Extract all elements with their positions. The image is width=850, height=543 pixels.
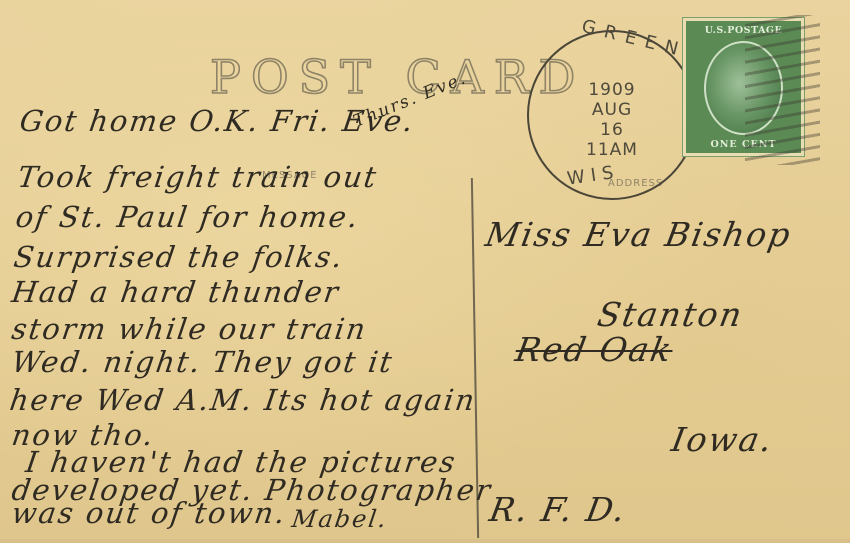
- postmark-circle: GREENWOOD WIS 1909 AUG 16 11AM: [527, 30, 697, 200]
- postmark-day: 16: [529, 120, 695, 140]
- postmark-time: 11AM: [529, 140, 695, 160]
- message-line-7: Wed. night. They got it: [10, 345, 396, 379]
- postmark-state: WIS: [566, 161, 621, 189]
- message-line-3: of St. Paul for home.: [14, 200, 362, 234]
- address-route: R. F. D.: [487, 490, 630, 529]
- message-line-12: was out of town.: [10, 496, 289, 530]
- address-town-corrected: Stanton: [595, 295, 747, 334]
- message-line-6: storm while our train: [10, 312, 370, 346]
- address-state: Iowa.: [669, 420, 777, 459]
- postmark-month: AUG: [529, 100, 695, 120]
- address-town-struck: Red Oak: [513, 330, 677, 369]
- card-edge: [0, 539, 850, 543]
- recipient-name: Miss Eva Bishop: [483, 215, 795, 254]
- postmark-year: 1909: [529, 80, 695, 100]
- cancellation-bars: [745, 15, 820, 165]
- message-line-1: Got home O.K. Fri. Eve.: [18, 104, 417, 138]
- message-line-4: Surprised the folks.: [12, 240, 347, 274]
- message-line-8: here Wed A.M. Its hot again: [8, 383, 479, 417]
- signature: Mabel.: [290, 505, 390, 533]
- message-line-5: Had a hard thunder: [10, 275, 343, 309]
- postcard-back: POST CARD MESSAGE ADDRESS GREENWOOD WIS …: [0, 0, 850, 543]
- message-line-2: Took freight train out: [16, 160, 380, 194]
